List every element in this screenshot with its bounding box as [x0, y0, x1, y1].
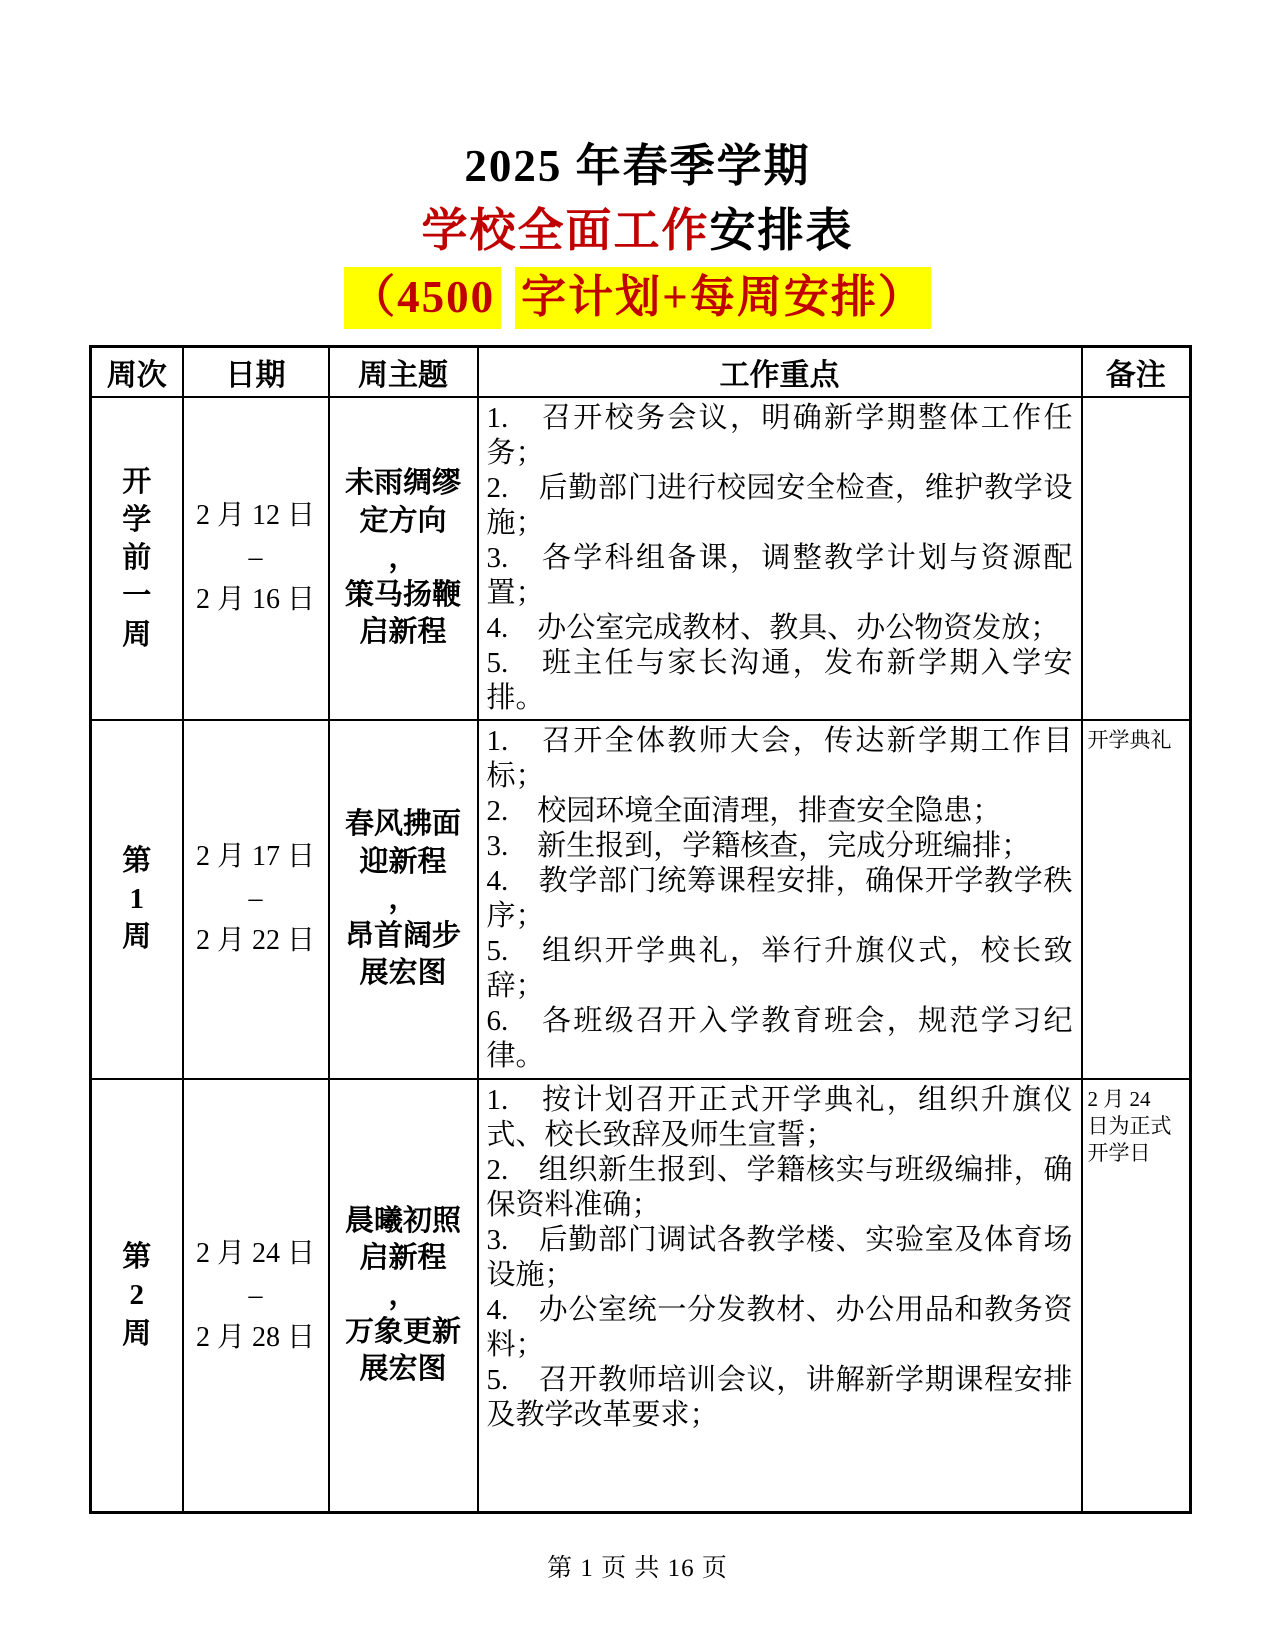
date-cell: 2 月 12 日 – 2 月 16 日 — [183, 397, 329, 720]
document-title-line-3: （4500字计划+每周安排） — [0, 267, 1275, 329]
work-item: 5. 组织开学典礼，举行升旗仪式，校长致辞； — [487, 934, 1073, 1004]
week-cell: 第 1 周 — [91, 720, 183, 1079]
work-item: 5. 召开教师培训会议，讲解新学期课程安排及教学改革要求； — [487, 1363, 1073, 1433]
page-number: 第 1 页 共 16 页 — [0, 1548, 1275, 1584]
document-title-line-1: 2025 年春季学期 — [0, 138, 1275, 194]
column-header-theme: 周主题 — [329, 346, 478, 397]
document-title-line-2: 学校全面工作安排表 — [0, 202, 1275, 260]
note-cell: 2 月 24 日为正式 开学日 — [1082, 1079, 1191, 1513]
column-header-note: 备注 — [1082, 346, 1191, 397]
work-item: 1. 召开校务会议，明确新学期整体工作任务； — [487, 401, 1073, 471]
theme-cell: 春风拂面 迎新程 ， 昂首阔步 展宏图 — [329, 720, 478, 1079]
work-item: 2. 校园环境全面清理，排查安全隐患； — [487, 794, 1073, 829]
column-header-date: 日期 — [183, 346, 329, 397]
work-cell: 1. 召开全体教师大会，传达新学期工作目标；2. 校园环境全面清理，排查安全隐患… — [478, 720, 1082, 1079]
work-cell: 1. 按计划召开正式开学典礼，组织升旗仪式、校长致辞及师生宣誓；2. 组织新生报… — [478, 1079, 1082, 1513]
column-header-work: 工作重点 — [478, 346, 1082, 397]
work-item: 6. 各班级召开入学教育班会，规范学习纪律。 — [487, 1004, 1073, 1074]
work-item: 3. 各学科组备课，调整教学计划与资源配置； — [487, 541, 1073, 611]
work-item: 3. 后勤部门调试各教学楼、实验室及体育场设施； — [487, 1223, 1073, 1293]
title-black-text: 安排表 — [710, 205, 854, 256]
week-cell: 开 学 前 一 周 — [91, 397, 183, 720]
work-item: 2. 组织新生报到、学籍核实与班级编排，确保资料准确； — [487, 1153, 1073, 1223]
work-item: 5. 班主任与家长沟通，发布新学期入学安排。 — [487, 646, 1073, 716]
document-page: 2025 年春季学期 学校全面工作安排表 （4500字计划+每周安排） 周次 日… — [0, 0, 1275, 1650]
work-cell: 1. 召开校务会议，明确新学期整体工作任务；2. 后勤部门进行校园安全检查，维护… — [478, 397, 1082, 720]
date-cell: 2 月 24 日 – 2 月 28 日 — [183, 1079, 329, 1513]
column-header-week: 周次 — [91, 346, 183, 397]
title-red-text: 学校全面工作 — [422, 205, 710, 256]
week-cell: 第 2 周 — [91, 1079, 183, 1513]
work-item: 4. 办公室统一分发教材、办公用品和教务资料； — [487, 1293, 1073, 1363]
theme-cell: 晨曦初照 启新程 ， 万象更新 展宏图 — [329, 1079, 478, 1513]
table-row: 第 1 周 2 月 17 日 – 2 月 22 日 春风拂面 迎新程 ， 昂首阔… — [91, 720, 1191, 1079]
date-cell: 2 月 17 日 – 2 月 22 日 — [183, 720, 329, 1079]
theme-cell: 未雨绸缪 定方向 ， 策马扬鞭 启新程 — [329, 397, 478, 720]
table-row: 开 学 前 一 周 2 月 12 日 – 2 月 16 日 未雨绸缪 定方向 ，… — [91, 397, 1191, 720]
table-row: 第 2 周 2 月 24 日 – 2 月 28 日 晨曦初照 启新程 ， 万象更… — [91, 1079, 1191, 1513]
note-cell — [1082, 397, 1191, 720]
highlighted-subtitle-segment-2: 字计划+每周安排） — [515, 267, 931, 329]
work-item: 1. 按计划召开正式开学典礼，组织升旗仪式、校长致辞及师生宣誓； — [487, 1083, 1073, 1153]
work-item: 3. 新生报到，学籍核查，完成分班编排； — [487, 829, 1073, 864]
table-header-row: 周次 日期 周主题 工作重点 备注 — [91, 346, 1191, 397]
highlighted-subtitle-segment-1: （4500 — [344, 267, 501, 329]
title-block: 2025 年春季学期 学校全面工作安排表 （4500字计划+每周安排） — [0, 138, 1275, 329]
work-item: 4. 办公室完成教材、教具、办公物资发放； — [487, 611, 1073, 646]
work-item: 4. 教学部门统筹课程安排，确保开学教学秩序； — [487, 864, 1073, 934]
work-item: 1. 召开全体教师大会，传达新学期工作目标； — [487, 724, 1073, 794]
work-item: 2. 后勤部门进行校园安全检查，维护教学设施； — [487, 471, 1073, 541]
note-cell: 开学典礼 — [1082, 720, 1191, 1079]
schedule-table: 周次 日期 周主题 工作重点 备注 开 学 前 一 周 2 月 12 日 – 2… — [89, 345, 1192, 1515]
